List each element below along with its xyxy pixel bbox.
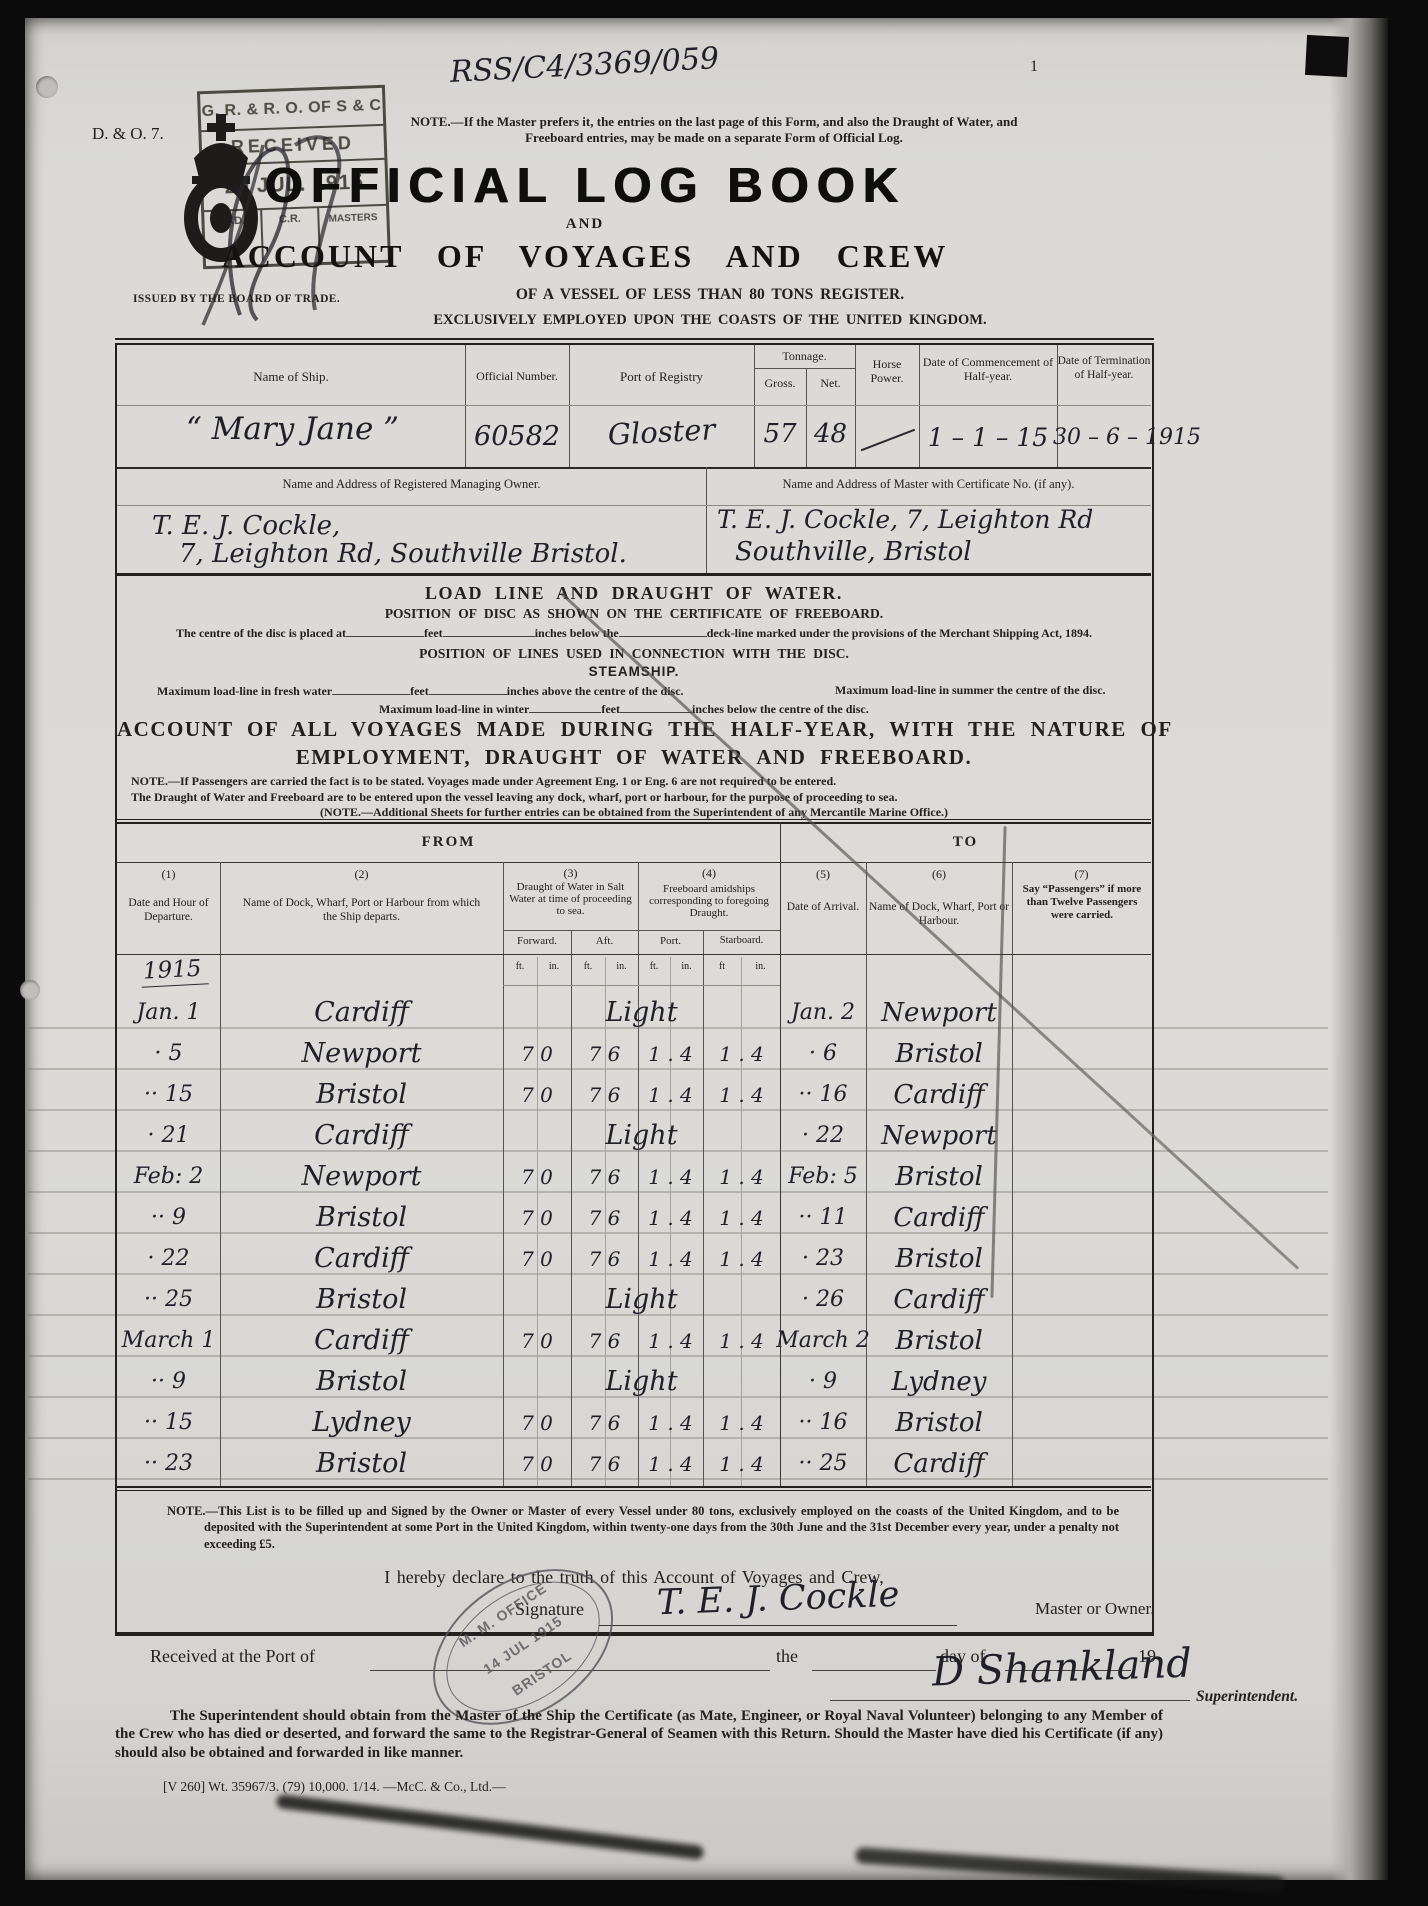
voyage-arr: ·· 25 <box>780 1443 866 1484</box>
voyage-dep: ·· 9 <box>117 1197 220 1238</box>
voyage-port: 1 . 4 <box>638 1402 703 1443</box>
voyage-to: Newport <box>866 992 1012 1033</box>
form-top-rule <box>115 338 1154 340</box>
page-number: 1 <box>1030 58 1038 76</box>
superintendent-signature: D Shankland <box>931 1640 1192 1695</box>
voyage-port: 1 . 4 <box>638 1197 703 1238</box>
voyage-rows: Jan. 1CardiffLightJan. 2Newport· 5Newpor… <box>117 345 1151 1486</box>
voyage-dep: ·· 23 <box>117 1443 220 1484</box>
voyage-dep: ·· 15 <box>117 1402 220 1443</box>
voyage-to: Cardiff <box>866 1443 1012 1484</box>
voyage-stbd: 1 . 4 <box>703 1197 780 1238</box>
voyage-from: Cardiff <box>220 1238 503 1279</box>
voyage-arr: ·· 11 <box>780 1197 866 1238</box>
voyage-stbd: 1 . 4 <box>703 1443 780 1484</box>
voyage-dep: March 1 <box>117 1320 220 1361</box>
voyage-from: Newport <box>220 1033 503 1074</box>
voyage-fwd: 7 0 <box>503 1074 571 1115</box>
received-blank-2 <box>812 1670 936 1671</box>
voyage-stbd: 1 . 4 <box>703 1320 780 1361</box>
voyage-row: ·· 9BristolLight· 9Lydney <box>117 1361 1151 1402</box>
voyage-dep: Jan. 1 <box>117 992 220 1033</box>
superintendent-paragraph: The Superintendent should obtain from th… <box>115 1707 1163 1762</box>
voyage-to: Newport <box>866 1115 1012 1156</box>
voyage-from: Bristol <box>220 1074 503 1115</box>
voyage-light: Light <box>503 1115 780 1156</box>
voyage-to: Cardiff <box>866 1074 1012 1115</box>
title-and: AND <box>115 216 1055 233</box>
form-code: D. & O. 7. <box>92 124 164 144</box>
voyage-fwd: 7 0 <box>503 1156 571 1197</box>
voyage-to: Bristol <box>866 1156 1012 1197</box>
vessel-line1: OF A VESSEL OF LESS THAN 80 TONS REGISTE… <box>400 286 1020 304</box>
voyage-stbd: 1 . 4 <box>703 1033 780 1074</box>
voyage-dep: Feb: 2 <box>117 1156 220 1197</box>
table-bottom-rule-a <box>117 1486 1151 1488</box>
superintendent-rule <box>830 1700 1190 1701</box>
voyage-light: Light <box>503 1279 780 1320</box>
voyage-to: Bristol <box>866 1402 1012 1443</box>
punch-hole <box>20 980 40 1000</box>
voyage-aft: 7 6 <box>571 1238 638 1279</box>
voyage-from: Cardiff <box>220 1115 503 1156</box>
voyage-from: Lydney <box>220 1402 503 1443</box>
main-title: OFFICIAL LOG BOOK <box>115 158 1055 214</box>
voyage-arr: ·· 16 <box>780 1074 866 1115</box>
vessel-line2: EXCLUSIVELY EMPLOYED UPON THE COASTS OF … <box>400 312 1020 329</box>
voyage-aft: 7 6 <box>571 1402 638 1443</box>
voyage-dep: · 21 <box>117 1115 220 1156</box>
signature-handwritten: T. E. J. Cockle <box>656 1575 900 1623</box>
voyage-aft: 7 6 <box>571 1074 638 1115</box>
voyage-port: 1 . 4 <box>638 1033 703 1074</box>
issued-by: ISSUED BY THE BOARD OF TRADE. <box>133 293 340 305</box>
signature-rule <box>599 1625 957 1626</box>
voyage-row: ·· 15Lydney7 07 61 . 41 . 4·· 16Bristol <box>117 1402 1151 1443</box>
voyage-light: Light <box>503 1361 780 1402</box>
voyage-from: Bristol <box>220 1197 503 1238</box>
voyage-arr: · 23 <box>780 1238 866 1279</box>
voyage-row: March 1Cardiff7 07 61 . 41 . 4March 2Bri… <box>117 1320 1151 1361</box>
voyage-from: Newport <box>220 1156 503 1197</box>
voyage-fwd: 7 0 <box>503 1402 571 1443</box>
voyage-arr: · 26 <box>780 1279 866 1320</box>
voyage-arr: Jan. 2 <box>780 992 866 1033</box>
scanned-document-page: D. & O. 7. RSS/C4/3369/059 1 G. R. & R. … <box>0 0 1428 1906</box>
voyage-light: Light <box>503 992 780 1033</box>
voyage-aft: 7 6 <box>571 1033 638 1074</box>
voyage-dep: · 22 <box>117 1238 220 1279</box>
voyage-from: Bristol <box>220 1443 503 1484</box>
subtitle: ACCOUNT OF VOYAGES AND CREW <box>115 238 1055 275</box>
table-bottom-rule-b <box>117 1490 1151 1491</box>
voyage-aft: 7 6 <box>571 1443 638 1484</box>
voyage-port: 1 . 4 <box>638 1074 703 1115</box>
voyage-row: ·· 23Bristol7 07 61 . 41 . 4·· 25Cardiff <box>117 1443 1151 1484</box>
voyage-arr: · 6 <box>780 1033 866 1074</box>
scan-corner-blotch <box>1305 35 1349 77</box>
voyage-aft: 7 6 <box>571 1156 638 1197</box>
voyage-fwd: 7 0 <box>503 1033 571 1074</box>
voyage-dep: ·· 25 <box>117 1279 220 1320</box>
voyage-stbd: 1 . 4 <box>703 1238 780 1279</box>
received-the: the <box>776 1646 798 1667</box>
voyage-from: Bristol <box>220 1279 503 1320</box>
voyage-to: Bristol <box>866 1033 1012 1074</box>
voyage-to: Cardiff <box>866 1197 1012 1238</box>
voyage-fwd: 7 0 <box>503 1197 571 1238</box>
voyage-arr: · 9 <box>780 1361 866 1402</box>
top-note: NOTE.—If the Master prefers it, the entr… <box>398 114 1030 147</box>
voyage-row: · 22Cardiff7 07 61 . 41 . 4· 23Bristol <box>117 1238 1151 1279</box>
voyage-from: Bristol <box>220 1361 503 1402</box>
voyage-stbd: 1 . 4 <box>703 1074 780 1115</box>
voyage-arr: March 2 <box>780 1320 866 1361</box>
printer-imprint: [V 260] Wt. 35967/3. (79) 10,000. 1/14. … <box>163 1779 506 1795</box>
voyage-port: 1 . 4 <box>638 1320 703 1361</box>
voyage-fwd: 7 0 <box>503 1443 571 1484</box>
voyage-arr: Feb: 5 <box>780 1156 866 1197</box>
voyage-arr: ·· 16 <box>780 1402 866 1443</box>
voyage-aft: 7 6 <box>571 1197 638 1238</box>
voyage-dep: · 5 <box>117 1033 220 1074</box>
master-or-owner-label: Master or Owner. <box>1035 1599 1154 1619</box>
voyage-row: ·· 25BristolLight· 26Cardiff <box>117 1279 1151 1320</box>
voyage-fwd: 7 0 <box>503 1320 571 1361</box>
voyage-from: Cardiff <box>220 1320 503 1361</box>
superintendent-label: Superintendent. <box>1196 1688 1298 1706</box>
voyage-row: Jan. 1CardiffLightJan. 2Newport <box>117 992 1151 1033</box>
voyage-fwd: 7 0 <box>503 1238 571 1279</box>
voyage-stbd: 1 . 4 <box>703 1156 780 1197</box>
voyage-to: Lydney <box>866 1361 1012 1402</box>
voyage-to: Bristol <box>866 1320 1012 1361</box>
received-pre: Received at the Port of <box>150 1646 315 1667</box>
declaration-text: I hereby declare to the truth of this Ac… <box>117 1567 1151 1588</box>
voyage-dep: ·· 9 <box>117 1361 220 1402</box>
footer-note: NOTE.—This List is to be filled up and S… <box>167 1503 1119 1552</box>
voyage-port: 1 . 4 <box>638 1238 703 1279</box>
paper-right-edge <box>1330 18 1388 1880</box>
voyage-port: 1 . 4 <box>638 1156 703 1197</box>
voyage-arr: · 22 <box>780 1115 866 1156</box>
voyage-port: 1 . 4 <box>638 1443 703 1484</box>
punch-hole <box>36 76 58 98</box>
voyage-stbd: 1 . 4 <box>703 1402 780 1443</box>
voyage-aft: 7 6 <box>571 1320 638 1361</box>
voyage-dep: ·· 15 <box>117 1074 220 1115</box>
voyage-from: Cardiff <box>220 992 503 1033</box>
